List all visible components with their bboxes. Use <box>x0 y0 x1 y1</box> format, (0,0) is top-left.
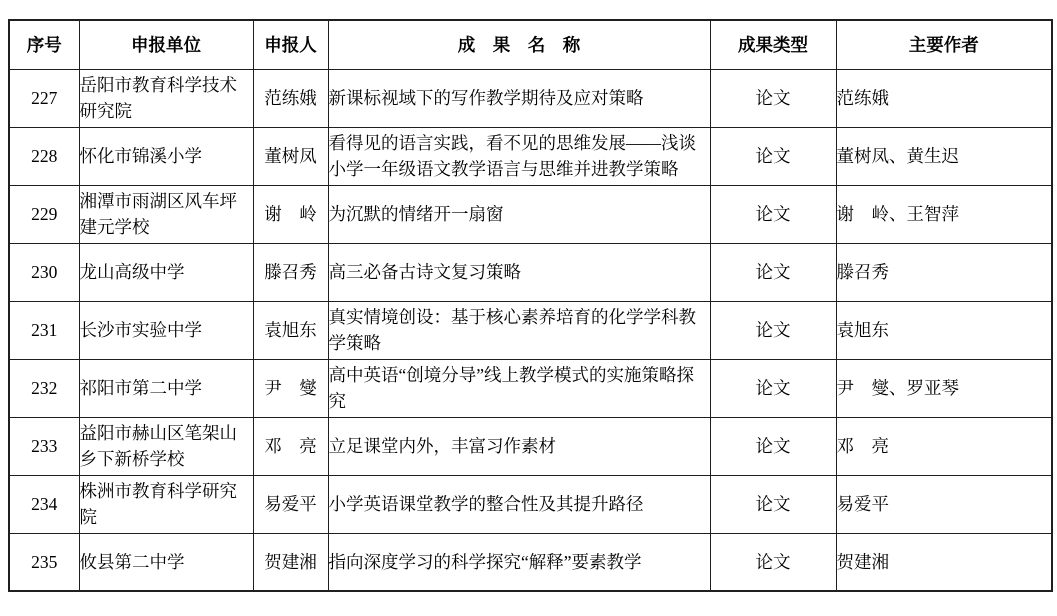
cell-unit: 株洲市教育科学研究院 <box>79 475 253 533</box>
cell-applicant: 谢 岭 <box>253 185 328 243</box>
cell-index: 230 <box>9 243 79 301</box>
cell-title: 真实情境创设：基于核心素养培育的化学学科教学策略 <box>328 301 710 359</box>
cell-authors: 董树凤、黄生迟 <box>836 127 1052 185</box>
table-row: 233益阳市赫山区笔架山乡下新桥学校邓 亮立足课堂内外，丰富习作素材论文邓 亮 <box>9 417 1052 475</box>
results-table: 序号 申报单位 申报人 成 果 名 称 成果类型 主要作者 227岳阳市教育科学… <box>8 19 1053 592</box>
cell-type: 论文 <box>710 127 836 185</box>
table-row: 230龙山高级中学滕召秀高三必备古诗文复习策略论文滕召秀 <box>9 243 1052 301</box>
cell-unit: 益阳市赫山区笔架山乡下新桥学校 <box>79 417 253 475</box>
cell-type: 论文 <box>710 359 836 417</box>
cell-index: 235 <box>9 533 79 591</box>
cell-title: 高中英语“创境分导”线上教学模式的实施策略探究 <box>328 359 710 417</box>
column-header-title: 成 果 名 称 <box>328 20 710 69</box>
cell-applicant: 董树凤 <box>253 127 328 185</box>
cell-applicant: 范练娥 <box>253 69 328 127</box>
cell-type: 论文 <box>710 301 836 359</box>
cell-type: 论文 <box>710 417 836 475</box>
cell-type: 论文 <box>710 533 836 591</box>
cell-unit: 龙山高级中学 <box>79 243 253 301</box>
column-header-applicant: 申报人 <box>253 20 328 69</box>
cell-title: 指向深度学习的科学探究“解释”要素教学 <box>328 533 710 591</box>
cell-type: 论文 <box>710 475 836 533</box>
cell-authors: 谢 岭、王智萍 <box>836 185 1052 243</box>
cell-applicant: 邓 亮 <box>253 417 328 475</box>
cell-applicant: 贺建湘 <box>253 533 328 591</box>
cell-index: 227 <box>9 69 79 127</box>
cell-authors: 邓 亮 <box>836 417 1052 475</box>
cell-index: 229 <box>9 185 79 243</box>
cell-authors: 滕召秀 <box>836 243 1052 301</box>
column-header-unit: 申报单位 <box>79 20 253 69</box>
cell-unit: 祁阳市第二中学 <box>79 359 253 417</box>
table-row: 234株洲市教育科学研究院易爱平小学英语课堂教学的整合性及其提升路径论文易爱平 <box>9 475 1052 533</box>
cell-unit: 攸县第二中学 <box>79 533 253 591</box>
cell-authors: 袁旭东 <box>836 301 1052 359</box>
cell-title: 新课标视域下的写作教学期待及应对策略 <box>328 69 710 127</box>
cell-unit: 岳阳市教育科学技术研究院 <box>79 69 253 127</box>
cell-title: 看得见的语言实践，看不见的思维发展——浅谈小学一年级语文教学语言与思维并进教学策… <box>328 127 710 185</box>
cell-index: 233 <box>9 417 79 475</box>
cell-title: 高三必备古诗文复习策略 <box>328 243 710 301</box>
cell-applicant: 易爱平 <box>253 475 328 533</box>
cell-type: 论文 <box>710 69 836 127</box>
cell-authors: 尹 燮、罗亚琴 <box>836 359 1052 417</box>
cell-index: 234 <box>9 475 79 533</box>
table-row: 232祁阳市第二中学尹 燮高中英语“创境分导”线上教学模式的实施策略探究论文尹 … <box>9 359 1052 417</box>
cell-unit: 怀化市锦溪小学 <box>79 127 253 185</box>
cell-index: 232 <box>9 359 79 417</box>
table-row: 227岳阳市教育科学技术研究院范练娥新课标视域下的写作教学期待及应对策略论文范练… <box>9 69 1052 127</box>
cell-unit: 长沙市实验中学 <box>79 301 253 359</box>
cell-title: 为沉默的情绪开一扇窗 <box>328 185 710 243</box>
cell-index: 228 <box>9 127 79 185</box>
cell-index: 231 <box>9 301 79 359</box>
table-row: 231长沙市实验中学袁旭东真实情境创设：基于核心素养培育的化学学科教学策略论文袁… <box>9 301 1052 359</box>
table-row: 235攸县第二中学贺建湘指向深度学习的科学探究“解释”要素教学论文贺建湘 <box>9 533 1052 591</box>
column-header-authors: 主要作者 <box>836 20 1052 69</box>
table-row: 228怀化市锦溪小学董树凤看得见的语言实践，看不见的思维发展——浅谈小学一年级语… <box>9 127 1052 185</box>
cell-applicant: 袁旭东 <box>253 301 328 359</box>
column-header-index: 序号 <box>9 20 79 69</box>
cell-authors: 易爱平 <box>836 475 1052 533</box>
document-page: 序号 申报单位 申报人 成 果 名 称 成果类型 主要作者 227岳阳市教育科学… <box>0 0 1057 616</box>
cell-type: 论文 <box>710 185 836 243</box>
cell-title: 立足课堂内外，丰富习作素材 <box>328 417 710 475</box>
table-row: 229湘潭市雨湖区风车坪建元学校谢 岭为沉默的情绪开一扇窗论文谢 岭、王智萍 <box>9 185 1052 243</box>
cell-type: 论文 <box>710 243 836 301</box>
cell-authors: 范练娥 <box>836 69 1052 127</box>
column-header-type: 成果类型 <box>710 20 836 69</box>
cell-unit: 湘潭市雨湖区风车坪建元学校 <box>79 185 253 243</box>
cell-title: 小学英语课堂教学的整合性及其提升路径 <box>328 475 710 533</box>
cell-applicant: 尹 燮 <box>253 359 328 417</box>
cell-authors: 贺建湘 <box>836 533 1052 591</box>
header-row: 序号 申报单位 申报人 成 果 名 称 成果类型 主要作者 <box>9 20 1052 69</box>
cell-applicant: 滕召秀 <box>253 243 328 301</box>
table-body: 227岳阳市教育科学技术研究院范练娥新课标视域下的写作教学期待及应对策略论文范练… <box>9 69 1052 591</box>
